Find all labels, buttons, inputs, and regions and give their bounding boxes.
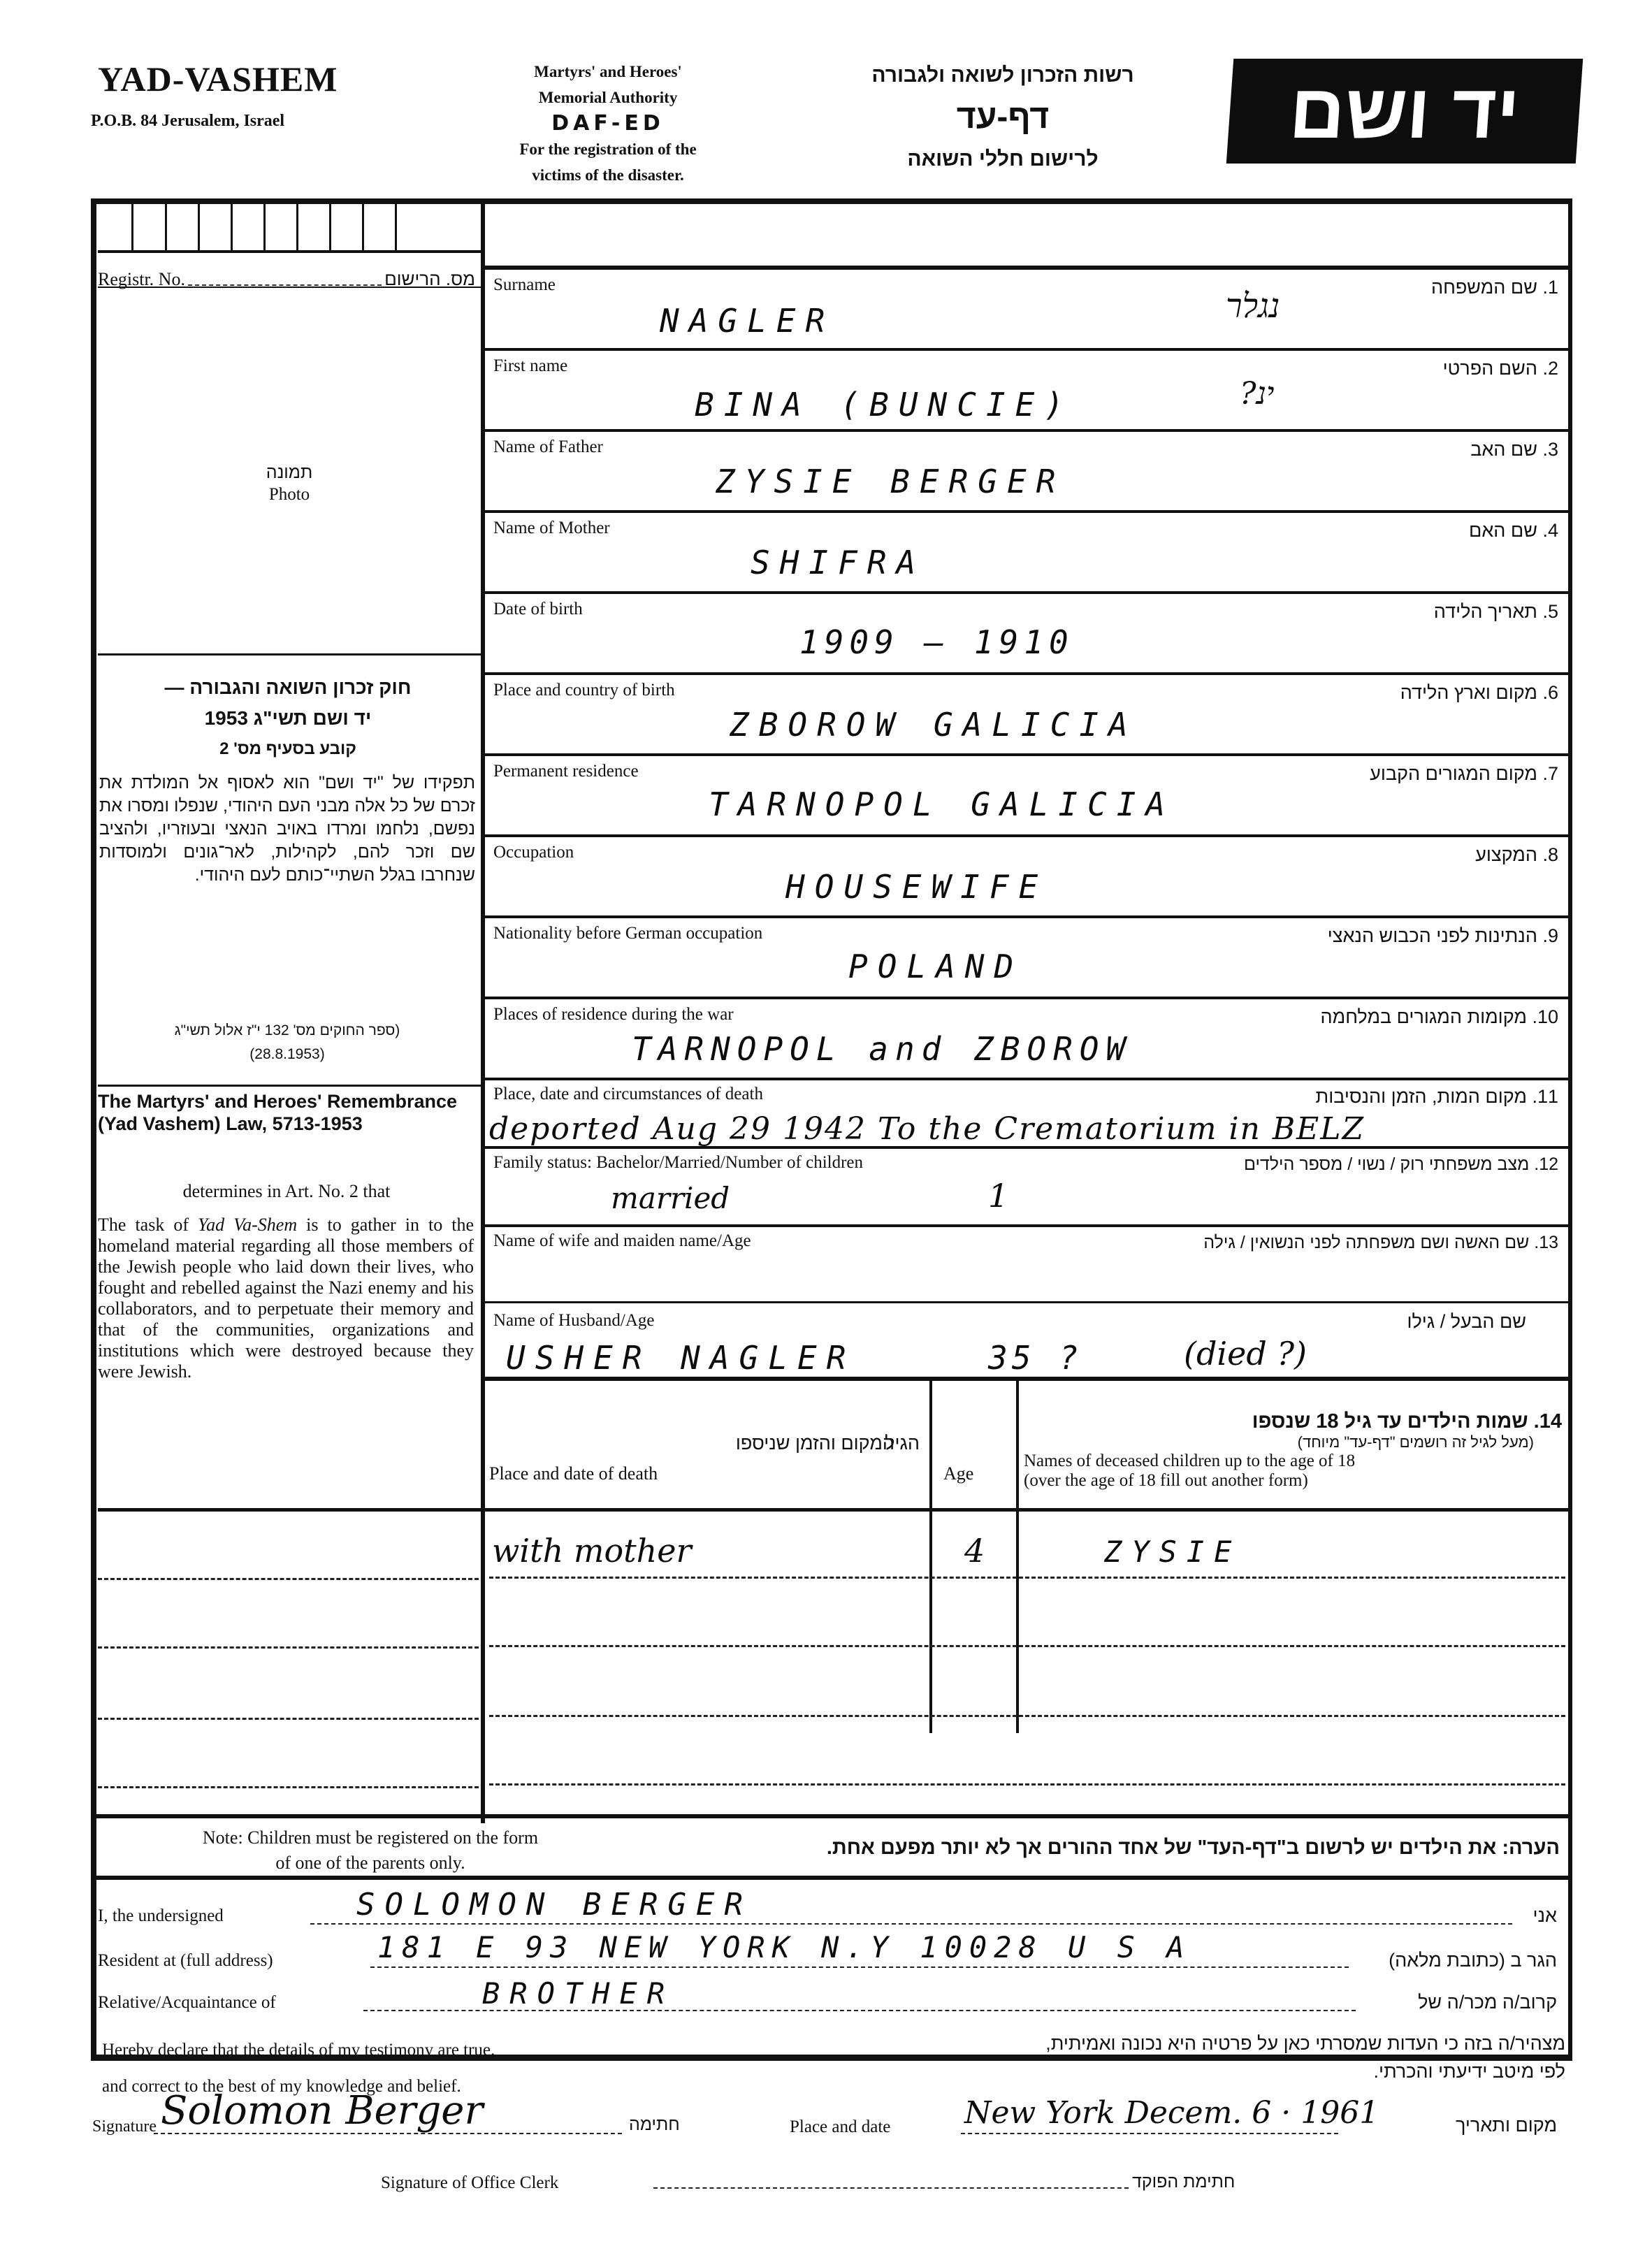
org-address: P.O.B. 84 Jerusalem, Israel	[91, 112, 284, 131]
place-date-value[interactable]: New York Decem. 6 · 1961	[964, 2095, 1379, 2131]
purpose-line-2: victims of the disaster.	[447, 162, 769, 188]
note-heb: הערה: את הילדים יש לרשום ב"דף-העד" של אח…	[643, 1837, 1560, 1860]
child-row-1-place[interactable]: with mother	[492, 1532, 691, 1570]
org-name: YAD-VASHEM	[98, 59, 338, 99]
frame-right	[1568, 198, 1572, 2057]
resident-label-heb: הגר ב (כתובת מלאה)	[1389, 1950, 1557, 1971]
clerk-label: Signature of Office Clerk	[381, 2173, 558, 2193]
hebrew-purpose: לרישום חללי השואה	[804, 138, 1202, 180]
child-row-line	[489, 1715, 1565, 1717]
husband-name-value[interactable]: USHER NAGLER	[506, 1339, 855, 1377]
field-place-of-birth: Place and country of birth 6. מקום וארץ …	[485, 675, 1568, 753]
signature-value[interactable]: Solomon Berger	[161, 2088, 483, 2134]
relative-label-heb: קרוב/ה מכר/ה של	[1418, 1992, 1557, 2013]
undersigned-label-heb: אני	[1533, 1905, 1557, 1927]
resident-value[interactable]: 181 E 93 NEW YORK N.Y 10028 U S A	[377, 1930, 1191, 1964]
place-date-label: Place and date	[790, 2117, 890, 2137]
registration-input[interactable]	[188, 284, 382, 286]
field-wife-name: Name of wife and maiden name/Age 13. שם …	[485, 1227, 1568, 1301]
yad-vashem-logo: יד ושם	[1226, 59, 1583, 164]
field-date-of-birth: Date of birth 5. תאריך הלידה 1909 – 1910	[485, 594, 1568, 672]
note-en: Note: Children must be registered on the…	[105, 1825, 636, 1876]
children-count-value[interactable]: 1	[988, 1177, 1008, 1215]
law-en-title: The Martyrs' and Heroes' Remembrance (Ya…	[98, 1090, 475, 1135]
child-row-1-name[interactable]: ZYSIE	[1104, 1535, 1241, 1569]
law-heb-title: חוק זכרון השואה והגבורה — יד ושם תשי"ג 1…	[99, 672, 477, 765]
field-occupation: Occupation 8. המקצוע HOUSEWIFE	[485, 837, 1568, 915]
field-surname: Surname 1. שם המשפחה NAGLER נגלר	[485, 270, 1568, 348]
first-name-value[interactable]: BINA (BUNCIE)	[695, 386, 1073, 423]
mother-name-value[interactable]: SHIFRA	[751, 544, 925, 581]
age-label: Age	[943, 1463, 973, 1484]
law-heb-body: תפקידו של "יד ושם" הוא לאסוף אל המולדת א…	[99, 772, 475, 887]
photo-label-heb: תמונה	[98, 461, 481, 484]
photo-placeholder: תמונה Photo	[98, 461, 481, 506]
first-name-value-heb[interactable]: ינ?	[1240, 376, 1274, 412]
field-first-name: First name 2. השם הפרטי BINA (BUNCIE) ינ…	[485, 351, 1568, 429]
wartime-residence-value[interactable]: TARNOPOL and ZBOROW	[632, 1030, 1132, 1068]
hebrew-form-name: דף-עד	[804, 96, 1202, 138]
hebrew-authority: רשות הזכרון לשואה ולגבורה	[804, 55, 1202, 96]
law-en-body: The task of Yad Va-Shem is to gather in …	[98, 1215, 474, 1382]
photo-label: Photo	[98, 484, 481, 506]
signature-label-heb: חתימה	[629, 2115, 680, 2135]
occupation-value[interactable]: HOUSEWIFE	[785, 868, 1048, 906]
form-name: DAF-ED	[447, 110, 769, 136]
law-heb-reference: (ספר החוקים מס' 132 י"ז אלול תשי"ג (28.8…	[99, 1019, 475, 1066]
law-en-subtitle: determines in Art. No. 2 that	[98, 1181, 475, 1202]
place-label: Place and date of death	[489, 1463, 658, 1484]
relative-label: Relative/Acquaintance of	[98, 1993, 276, 2013]
field-permanent-residence: Permanent residence 7. מקום המגורים הקבו…	[485, 756, 1568, 834]
child-row-line	[489, 1645, 1565, 1647]
date-of-birth-value[interactable]: 1909 – 1910	[799, 623, 1074, 661]
family-status-value[interactable]: married	[611, 1181, 730, 1215]
father-name-value[interactable]: ZYSIE BERGER	[716, 463, 1065, 500]
permanent-residence-value[interactable]: TARNOPOL GALICIA	[709, 785, 1175, 823]
children-header: 14. שמות הילדים עד גיל 18 שנספו (מעל לגי…	[1024, 1410, 1562, 1491]
place-of-birth-value[interactable]: ZBOROW GALICIA	[730, 706, 1138, 744]
relative-value[interactable]: BROTHER	[482, 1976, 674, 2011]
field-father-name: Name of Father 3. שם האב ZYSIE BERGER	[485, 432, 1568, 510]
surname-value[interactable]: NAGLER	[660, 302, 834, 340]
resident-label: Resident at (full address)	[98, 1951, 273, 1971]
husband-note-value[interactable]: (died ?)	[1184, 1335, 1307, 1372]
undersigned-label: I, the undersigned	[98, 1906, 224, 1926]
child-row-line	[489, 1577, 1565, 1579]
undersigned-value[interactable]: SOLOMON BERGER	[356, 1887, 753, 1922]
frame-left	[91, 198, 96, 2057]
place-date-label-heb: מקום ותאריך	[1456, 2115, 1557, 2136]
authority-line-1: Martyrs' and Heroes'	[447, 59, 769, 85]
field-family-status: Family status: Bachelor/Married/Number o…	[485, 1149, 1568, 1226]
clerk-label-heb: חתימת הפוקד	[1132, 2172, 1235, 2192]
signature-label: Signature	[92, 2117, 157, 2136]
husband-age-value[interactable]: 35 ?	[988, 1339, 1082, 1377]
child-row-1-age[interactable]: 4	[964, 1532, 985, 1570]
field-mother-name: Name of Mother 4. שם האם SHIFRA	[485, 513, 1568, 591]
hebrew-authority-block: רשות הזכרון לשואה ולגבורה דף-עד לרישום ח…	[804, 55, 1202, 180]
child-row-line	[489, 1783, 1565, 1785]
field-nationality: Nationality before German occupation 9. …	[485, 918, 1568, 997]
authority-line-2: Memorial Authority	[447, 85, 769, 110]
death-circumstances-value[interactable]: deported Aug 29 1942 To the Crematorium …	[489, 1111, 1365, 1147]
declaration-heb: מצהיר/ה בזה כי העדות שמסרתי כאן על פרטיה…	[797, 2029, 1565, 2085]
nationality-value[interactable]: POLAND	[848, 948, 1023, 985]
authority-block: Martyrs' and Heroes' Memorial Authority …	[447, 59, 769, 188]
field-wartime-residence: Places of residence during the war 10. מ…	[485, 999, 1568, 1078]
clerk-signature-field[interactable]	[653, 2187, 1129, 2189]
field-husband-name: Name of Husband/Age שם הבעל / גילו USHER…	[485, 1304, 1568, 1381]
surname-value-heb[interactable]: נגלר	[1226, 287, 1280, 326]
purpose-line-1: For the registration of the	[447, 136, 769, 162]
place-label-heb: המקום והזמן שניספו	[489, 1433, 894, 1454]
registration-boxes	[101, 203, 472, 252]
